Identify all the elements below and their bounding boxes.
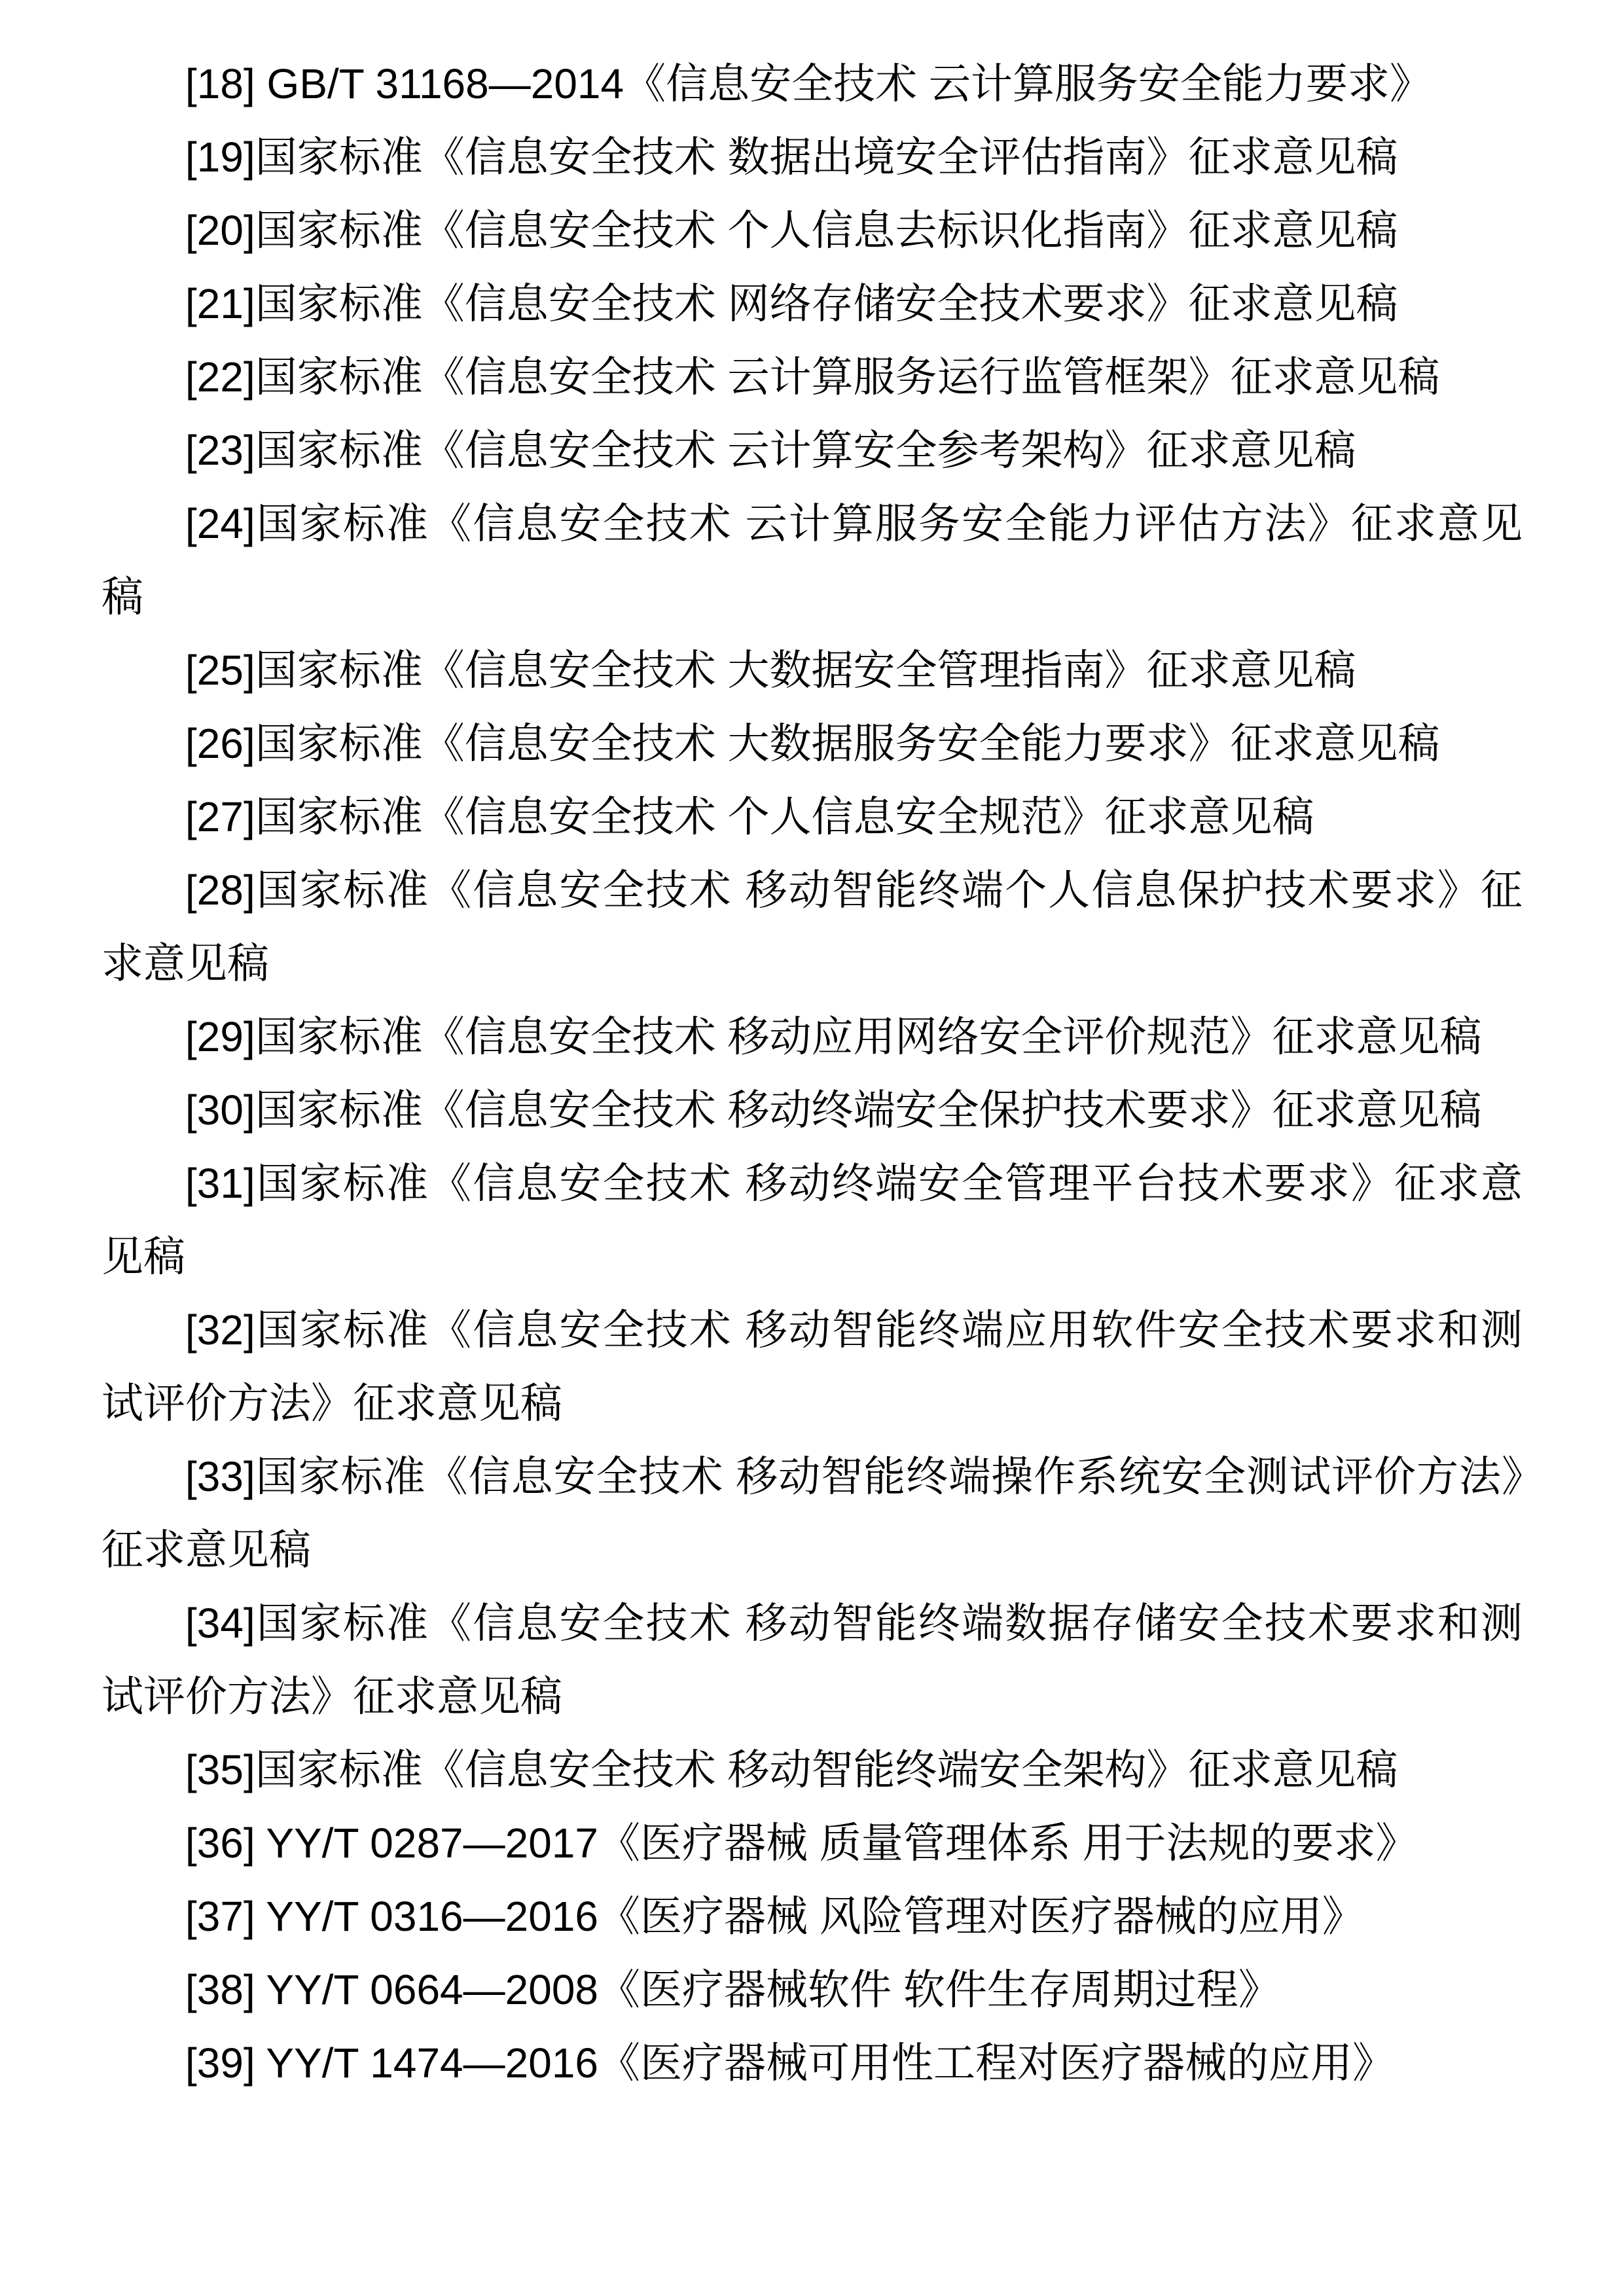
reference-item-25: [25]国家标准《信息安全技术 大数据安全管理指南》征求意见稿 xyxy=(101,634,1523,707)
reference-item-37: [37] YY/T 0316—2016《医疗器械 风险管理对医疗器械的应用》 xyxy=(101,1880,1523,1953)
reference-item-23: [23]国家标准《信息安全技术 云计算安全参考架构》征求意见稿 xyxy=(101,414,1523,487)
reference-item-26: [26]国家标准《信息安全技术 大数据服务安全能力要求》征求意见稿 xyxy=(101,707,1523,780)
reference-item-24: [24]国家标准《信息安全技术 云计算服务安全能力评估方法》征求意见稿 xyxy=(101,487,1523,634)
reference-item-18: [18] GB/T 31168—2014《信息安全技术 云计算服务安全能力要求》 xyxy=(101,47,1523,120)
reference-item-35: [35]国家标准《信息安全技术 移动智能终端安全架构》征求意见稿 xyxy=(101,1733,1523,1806)
reference-item-20: [20]国家标准《信息安全技术 个人信息去标识化指南》征求意见稿 xyxy=(101,194,1523,267)
reference-item-30: [30]国家标准《信息安全技术 移动终端安全保护技术要求》征求意见稿 xyxy=(101,1073,1523,1147)
reference-item-31: [31]国家标准《信息安全技术 移动终端安全管理平台技术要求》征求意见稿 xyxy=(101,1147,1523,1293)
reference-item-38: [38] YY/T 0664—2008《医疗器械软件 软件生存周期过程》 xyxy=(101,1953,1523,2026)
reference-item-27: [27]国家标准《信息安全技术 个人信息安全规范》征求意见稿 xyxy=(101,780,1523,853)
reference-item-39: [39] YY/T 1474—2016《医疗器械可用性工程对医疗器械的应用》 xyxy=(101,2026,1523,2100)
reference-item-32: [32]国家标准《信息安全技术 移动智能终端应用软件安全技术要求和测试评价方法》… xyxy=(101,1293,1523,1440)
reference-item-29: [29]国家标准《信息安全技术 移动应用网络安全评价规范》征求意见稿 xyxy=(101,1000,1523,1073)
reference-item-33: [33]国家标准《信息安全技术 移动智能终端操作系统安全测试评价方法》征求意见稿 xyxy=(101,1440,1523,1587)
reference-item-19: [19]国家标准《信息安全技术 数据出境安全评估指南》征求意见稿 xyxy=(101,120,1523,194)
references-list: [18] GB/T 31168—2014《信息安全技术 云计算服务安全能力要求》… xyxy=(0,0,1624,2100)
reference-item-34: [34]国家标准《信息安全技术 移动智能终端数据存储安全技术要求和测试评价方法》… xyxy=(101,1587,1523,1733)
reference-item-28: [28]国家标准《信息安全技术 移动智能终端个人信息保护技术要求》征求意见稿 xyxy=(101,853,1523,1000)
reference-item-21: [21]国家标准《信息安全技术 网络存储安全技术要求》征求意见稿 xyxy=(101,267,1523,340)
reference-item-22: [22]国家标准《信息安全技术 云计算服务运行监管框架》征求意见稿 xyxy=(101,340,1523,414)
document-page: [18] GB/T 31168—2014《信息安全技术 云计算服务安全能力要求》… xyxy=(0,0,1624,2296)
reference-item-36: [36] YY/T 0287—2017《医疗器械 质量管理体系 用于法规的要求》 xyxy=(101,1806,1523,1880)
